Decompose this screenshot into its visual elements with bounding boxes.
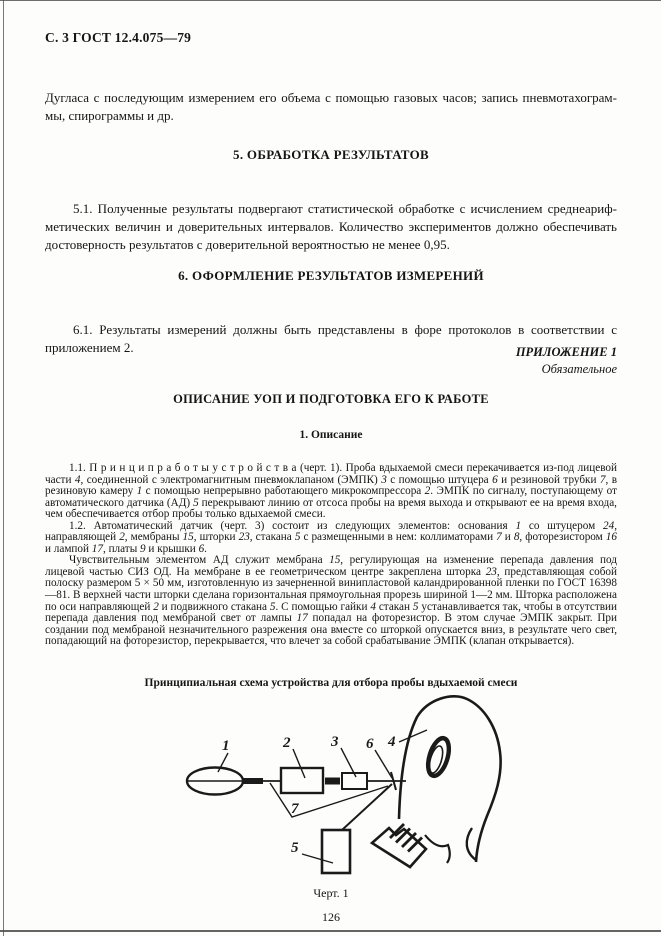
document-page: С. 3 ГОСТ 12.4.075—79 Дугласа с последую… <box>0 0 661 936</box>
callout-5: 5 <box>291 840 299 856</box>
callout-7: 7 <box>291 801 299 817</box>
callout-3: 3 <box>330 734 339 750</box>
sensor-link-line <box>342 784 392 830</box>
callout-4: 4 <box>387 734 396 750</box>
sensor-box <box>322 830 350 873</box>
appendix-label: ПРИЛОЖЕНИЕ 1 <box>45 344 617 361</box>
figure-title: Принципиальная схема устройства для отбо… <box>45 677 617 689</box>
callout-6: 6 <box>366 736 374 752</box>
appendix-section-heading: 1. Описание <box>45 429 617 441</box>
empk-valve-box <box>342 773 367 789</box>
chin-strap <box>425 835 450 863</box>
intro-paragraph: Дугласа с последующим измерением его объ… <box>45 89 617 125</box>
scan-border-left <box>3 0 4 936</box>
paragraph-membrane: Чувствительным элементом АД служит мембр… <box>45 555 617 647</box>
paragraph-5-1: 5.1. Полученные результаты подвергают ст… <box>45 200 617 254</box>
page-number: 126 <box>45 910 617 925</box>
collar-curve <box>467 828 476 860</box>
figure-callouts: 1 2 3 6 4 7 5 <box>218 730 427 863</box>
appendix-label-block: ПРИЛОЖЕНИЕ 1 Обязательное <box>45 344 617 378</box>
appendix-note: Обязательное <box>45 361 617 378</box>
microcompressor-box <box>281 768 323 793</box>
running-header: С. 3 ГОСТ 12.4.075—79 <box>45 30 617 46</box>
callout-1: 1 <box>222 738 230 754</box>
paragraph-1-2: 1.2. Автоматический датчик (черт. 3) сос… <box>45 521 617 556</box>
section-6-heading: 6. ОФОРМЛЕНИЕ РЕЗУЛЬТАТОВ ИЗМЕРЕНИЙ <box>45 268 617 284</box>
callout-2: 2 <box>282 735 291 751</box>
rubber-chamber-shape <box>186 768 244 795</box>
mask-head <box>372 696 501 867</box>
figure-caption: Черт. 1 <box>45 886 617 901</box>
paragraph-1-1: 1.1. П р и н ц и п р а б о т ы у с т р о… <box>45 463 617 521</box>
appendix-title: ОПИСАНИЕ УОП И ПОДГОТОВКА ЕГО К РАБОТЕ <box>45 392 617 407</box>
scan-border-top <box>0 0 661 1</box>
accordion-hose <box>390 824 422 852</box>
section-5-heading: 5. ОБРАБОТКА РЕЗУЛЬТАТОВ <box>45 147 617 163</box>
appendix-body: 1.1. П р и н ц и п р а б о т ы у с т р о… <box>45 463 617 648</box>
mask-canister <box>372 828 426 867</box>
mask-eyepiece <box>424 736 453 779</box>
tube-line <box>243 772 406 790</box>
scan-border-bottom <box>0 930 661 932</box>
